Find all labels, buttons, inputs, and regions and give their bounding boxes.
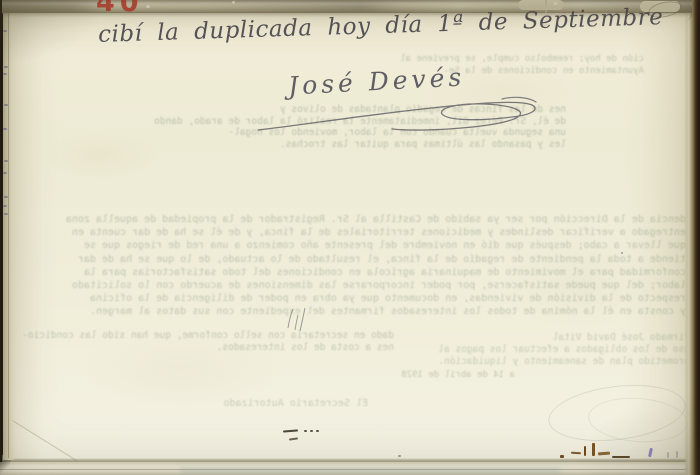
ghost-text-block: firmado José David Vitaluso de los oblig… bbox=[368, 332, 690, 368]
gutter-ink-tick bbox=[4, 104, 8, 106]
gutter-ink-tick bbox=[3, 172, 7, 174]
scanned-document-page: ción de hoy; reembolso cumple, se previe… bbox=[0, 0, 700, 475]
ink-scribble bbox=[284, 304, 308, 332]
gutter-ink-tick bbox=[3, 30, 7, 32]
gutter-ink-tick bbox=[3, 128, 7, 130]
ink-speck bbox=[310, 430, 313, 432]
ghost-date-line: a 14 de abril de 1928 bbox=[385, 370, 515, 381]
paper-curl bbox=[679, 3, 692, 21]
book-edge-left bbox=[0, 0, 3, 455]
gutter-ink-tick bbox=[4, 160, 8, 162]
paper-fleck bbox=[553, 2, 558, 5]
ghost-text-line: labor; del que puede satisfacerse, por p… bbox=[14, 279, 686, 292]
ghost-text-line: y consta en él la nómina de todos los in… bbox=[14, 305, 686, 318]
ghost-text-line: a 14 de abril de 1928 bbox=[385, 370, 515, 381]
ink-speck bbox=[667, 452, 669, 458]
ghost-text-line: que llevar a cabo; después que dió en no… bbox=[14, 239, 686, 252]
ink-speck bbox=[398, 455, 401, 457]
ghost-text-line: uso de los obligados a efectuar los pago… bbox=[368, 344, 690, 356]
ghost-text-line: tiende a toda la pendiente de regadío de… bbox=[14, 253, 686, 266]
gutter-ink-tick bbox=[3, 205, 7, 207]
page-number-red: 40 bbox=[96, 0, 144, 18]
ink-speck bbox=[676, 451, 678, 458]
ink-speck bbox=[612, 456, 630, 458]
ghost-secretary-line: El Secretario Autorizado bbox=[118, 398, 368, 410]
ghost-text-line: ción de hoy; reembolso cumple, se previe… bbox=[328, 54, 644, 66]
ghost-text-line: dado en secretaría con sello conforme, q… bbox=[14, 330, 394, 342]
ghost-text-line: conformidad para el movimiento de maquin… bbox=[14, 266, 686, 279]
gutter-ink-tick bbox=[3, 73, 7, 75]
ghost-text-line: El Secretario Autorizado bbox=[118, 398, 368, 410]
page-stack-right-edge bbox=[684, 0, 700, 475]
ghost-text-line: dencia de la Dirección por ser ya sabido… bbox=[14, 213, 686, 226]
ghost-text-line: firmado José David Vital bbox=[368, 332, 690, 344]
ink-speck bbox=[560, 455, 564, 458]
ghost-text-line: entregado a verificar deslindes y medici… bbox=[14, 226, 686, 239]
ghost-text-block: dencia de la Dirección por ser ya sabido… bbox=[14, 213, 686, 319]
gutter-crease-line bbox=[8, 0, 9, 458]
ghost-text-line: prometido plan de saneamiento y liquidac… bbox=[368, 356, 690, 368]
ink-speck bbox=[316, 430, 319, 432]
ghost-text-block: dado en secretaría con sello conforme, q… bbox=[14, 330, 394, 354]
ink-speck bbox=[621, 252, 623, 254]
paper-fleck bbox=[232, 1, 235, 4]
ink-speck bbox=[592, 443, 595, 456]
ghost-text-line: respecto de la división de viviendas, en… bbox=[14, 292, 686, 305]
gutter-ink-tick bbox=[4, 66, 8, 68]
underlying-page-line bbox=[0, 469, 700, 470]
gutter-ink-tick bbox=[4, 196, 8, 198]
ink-speck bbox=[304, 430, 307, 432]
ghost-text-line: nes a costa de los interesados. bbox=[14, 342, 394, 354]
signature-flourish bbox=[252, 94, 552, 142]
gutter-ink-tick bbox=[4, 213, 8, 215]
book-gutter-left bbox=[3, 0, 15, 460]
paper-fleck bbox=[146, 5, 150, 8]
ink-speck bbox=[584, 446, 586, 456]
